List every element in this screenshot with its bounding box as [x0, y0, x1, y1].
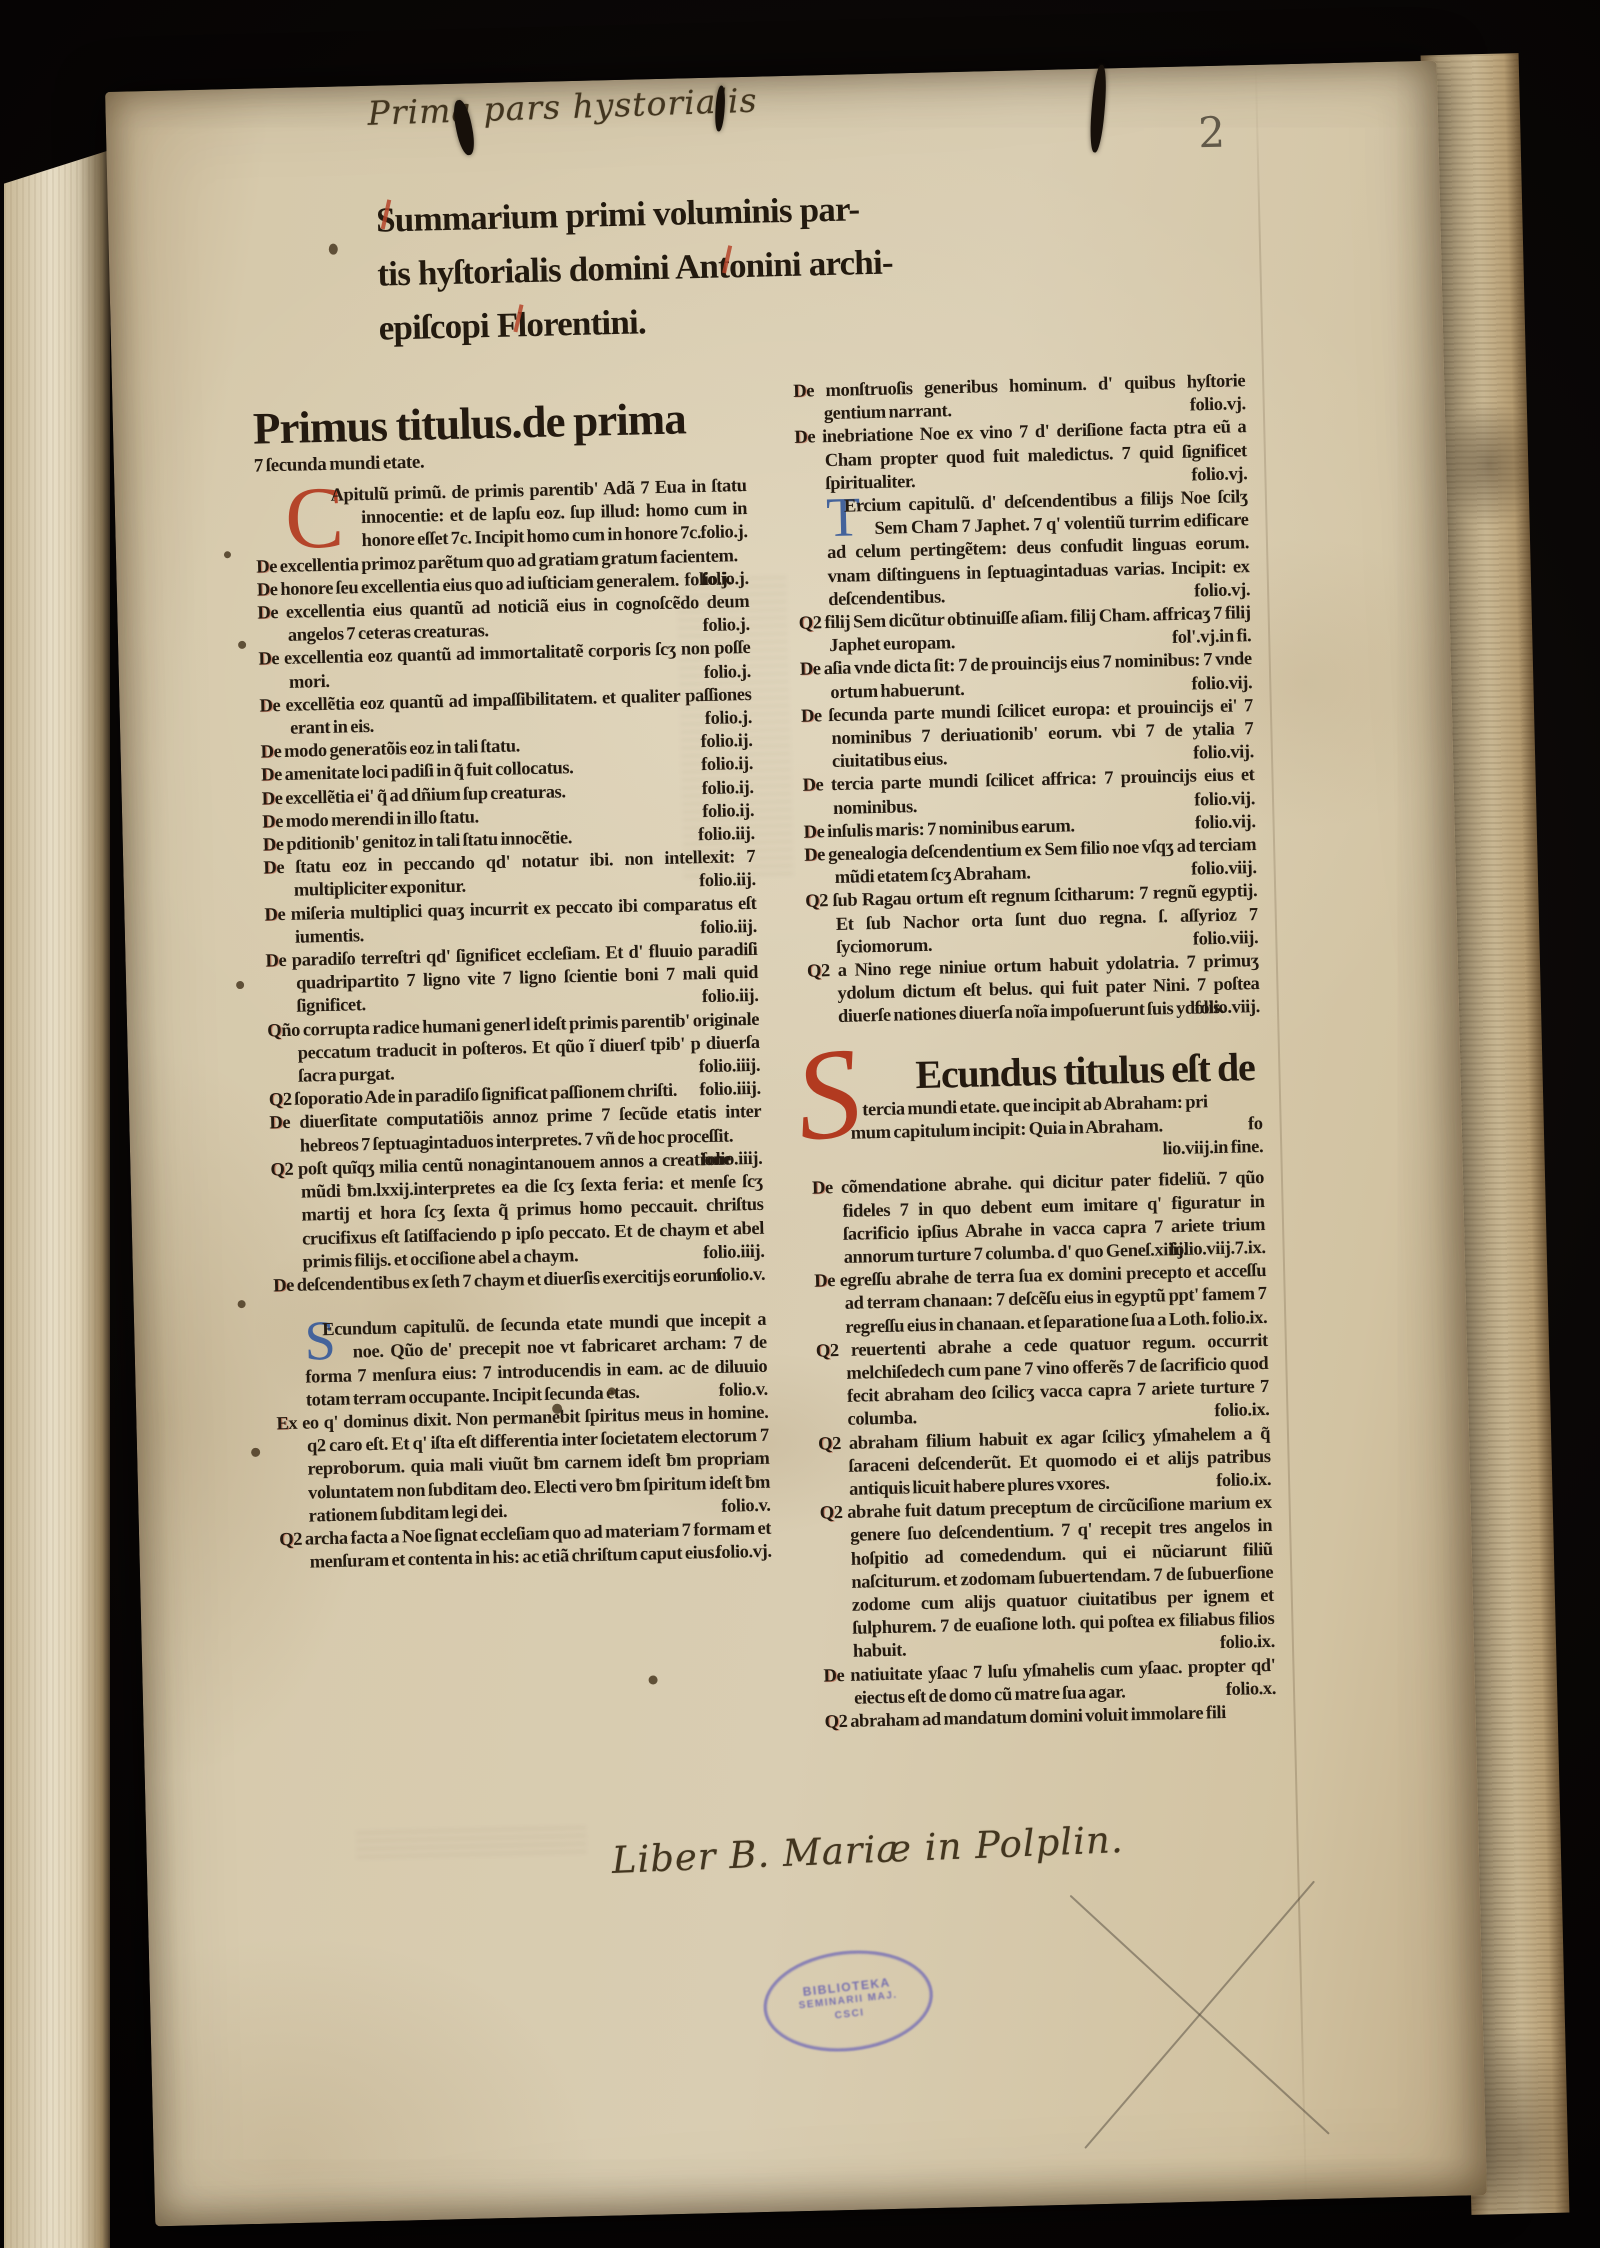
- folio-reference: folio.vj.: [1219, 393, 1246, 417]
- entry-text: Q2 ſub Ragau ortum eſt regnum ſcitharum:…: [805, 882, 1258, 958]
- right-column: De monſtruoſis generibus hominum. d' qui…: [793, 362, 1277, 1734]
- folio-reference: folio.v.: [748, 1378, 768, 1402]
- folio-reference: fol'.vj.in fi.: [1202, 625, 1252, 649]
- section2-heading-line: Ecundus titulus eſt de: [915, 1044, 1262, 1098]
- section1-heading: Primus titulus.de prima: [252, 393, 745, 453]
- folio-reference: folio.iij.: [732, 985, 759, 1009]
- entry-text: Q2 a Nino rege niniue ortum habuit ydola…: [807, 951, 1260, 1027]
- folio-reference: folio.iiij.: [731, 1148, 763, 1172]
- folio-reference: folio.iiij.: [729, 1078, 761, 1102]
- entry-text: De inebriatione Noe ex vino 7 d' deriſio…: [794, 418, 1247, 494]
- entry-text: De ſtatu eoz in peccando qd' notatur ibi…: [263, 847, 755, 901]
- folio-reference: folio.j.: [730, 521, 748, 545]
- entry-text: Ecundum capitulũ. de ſecunda etate mundi…: [305, 1310, 767, 1410]
- folio-reference: folio.viij.: [1224, 997, 1260, 1021]
- main-heading-line-3: epiſcopi Florentini.: [378, 289, 895, 355]
- entry-text: Q2 reuertenti abrahe a cede quatuor regu…: [816, 1331, 1269, 1431]
- margin-dot: [238, 641, 246, 649]
- stamp-text: CSCI: [834, 2006, 865, 2023]
- handwritten-title: Prima pars hystorialis: [367, 81, 758, 133]
- paper-tear: [1088, 64, 1108, 153]
- folio-reference: folio.vj.: [745, 1541, 772, 1565]
- main-heading: Summarium primi voluminis par- tis hyſto…: [376, 181, 895, 355]
- left-column: Primus titulus.de prima 7 ſecunda mundi …: [252, 393, 771, 1576]
- folio-reference: folio.vij.: [1224, 788, 1255, 812]
- entry-text: Ercium capitulũ. d' deſcendentibus a fil…: [827, 487, 1250, 610]
- folio-catchword: fo: [1248, 1113, 1263, 1137]
- margin-dot: [236, 981, 244, 989]
- toc-entry: SEcundum capitulũ. de ſecunda etate mund…: [274, 1309, 768, 1413]
- entry-text: Q2 abrahe fuit datum preceptum de circũc…: [819, 1493, 1274, 1662]
- entry-text: De ſecunda parte mundi ſcilicet europa: …: [801, 696, 1254, 772]
- toc-entry: Q2 abrahe fuit datum preceptum de circũc…: [819, 1492, 1275, 1665]
- ink-offset-smudge: [356, 1826, 587, 1859]
- entry-text: De natiuitate yſaac 7 luſu yſmahelis cum…: [823, 1655, 1275, 1708]
- entry-text: De paradiſo terreſtri qd' ſignificet ecc…: [265, 940, 758, 1017]
- toc-entry: Q2 a Nino rege niniue ortum habuit ydola…: [807, 950, 1261, 1030]
- toc-entry: De inebriatione Noe ex vino 7 d' deriſio…: [794, 417, 1248, 497]
- folio-reference: folio.ix.: [1250, 1631, 1276, 1655]
- entry-text: Q2 abraham filium habuit ex agar ſcilicʒ…: [818, 1423, 1271, 1499]
- folio-reference: folio.ix.: [1244, 1399, 1270, 1423]
- toc-entry: De cõmendatione abrahe. qui dicitur pate…: [812, 1167, 1266, 1270]
- folio-reference: folio.ix.: [1246, 1469, 1272, 1493]
- ink-speck: [648, 1675, 657, 1684]
- folio-reference: folio.vij.: [1223, 741, 1254, 765]
- ownership-inscription: Liber B. Mariæ in Polplin.: [611, 1818, 1124, 1882]
- folio-reference: folio.vij.: [1221, 672, 1252, 696]
- entry-text: De egreſſu abrahe de terra ſua ex domini…: [814, 1261, 1267, 1337]
- folio-reference: folio.v.: [746, 1264, 766, 1288]
- ink-offset-smudge: [677, 576, 794, 879]
- entry-text: Apitulũ primũ. de primis parentib' Adã 7…: [330, 476, 747, 551]
- entry-text: De monſtruoſis generibus hominum. d' qui…: [793, 371, 1245, 424]
- ink-speck: [329, 244, 338, 255]
- folio-reference: folio.v.: [751, 1494, 771, 1518]
- right-column-entries-lower: De cõmendatione abrahe. qui dicitur pate…: [812, 1167, 1277, 1734]
- rubricated-initial-S: S: [788, 1026, 867, 1161]
- toc-entry: TErcium capitulũ. d' deſcendentibus a fi…: [796, 486, 1251, 613]
- margin-dot: [251, 1448, 260, 1457]
- folio-reference: folio.ix.: [1242, 1306, 1268, 1330]
- folio-reference: folio.iiij.: [729, 1055, 761, 1079]
- folio-reference: folio.viij.7.ix.: [1199, 1237, 1266, 1262]
- entry-text: De excellẽtia eoz quantũ ad impaſſibilit…: [259, 685, 751, 739]
- folio-reference: folio.vij.: [1225, 811, 1256, 835]
- handwritten-page-number: 2: [1198, 108, 1226, 158]
- entry-text: Q2 archa facta a Noe ſignat eccleſiam qu…: [279, 1519, 771, 1573]
- margin-dot: [224, 551, 231, 558]
- folio-reference: folio.iij.: [730, 916, 757, 940]
- entry-text: De aſia vnde dicta ſit: 7 de prouincijs …: [800, 650, 1252, 703]
- toc-entry: CApitulũ primũ. de primis parentib' Adã …: [254, 475, 748, 556]
- toc-entry: De ſecunda parte mundi ſcilicet europa: …: [801, 695, 1255, 775]
- toc-entry: Q2 ſub Ragau ortum eſt regnum ſcitharum:…: [805, 881, 1259, 961]
- folio-reference: folio.iiij.: [733, 1240, 765, 1264]
- library-stamp: BIBLIOTEKA SEMINARII MAJ. CSCI: [758, 1942, 938, 2060]
- adjacent-page-edge: [4, 150, 110, 2248]
- toc-entry: Q2 reuertenti abrahe a cede quatuor regu…: [816, 1330, 1270, 1433]
- toc-entry: Ex eo q' dominus dixit. Non permanebit ſ…: [276, 1402, 771, 1530]
- entry-text: De tercia parte mundi ſcilicet affrica: …: [802, 766, 1254, 819]
- section2-heading: S Ecundus titulus eſt de tercia mundi et…: [809, 1044, 1264, 1170]
- entry-text: De diuerſitate computatiõis annoz prime …: [269, 1102, 761, 1156]
- toc-entry: Q2 poſt quĩqʒ milia centũ nonagintanouem…: [270, 1148, 765, 1276]
- folio-reference: folio.vj.: [1224, 579, 1251, 603]
- entry-text: Q2 poſt quĩqʒ milia centũ nonagintanouem…: [270, 1149, 764, 1272]
- entry-text: Qño corrupta radice humani generl ideſt …: [267, 1010, 760, 1087]
- toc-entry: De egreſſu abrahe de terra ſua ex domini…: [814, 1260, 1268, 1340]
- folio-reference: folio.viij.: [1223, 927, 1259, 951]
- right-column-entries-upper: De monſtruoſis generibus hominum. d' qui…: [793, 370, 1260, 1030]
- folio-reference: folio.viij.: [1221, 857, 1257, 881]
- folio-reference: folio.vj.: [1221, 463, 1248, 487]
- toc-entry: De paradiſo terreſtri qd' ſignificet ecc…: [265, 939, 759, 1020]
- entry-text: De excellentia eius quantũ ad noticiã ei…: [257, 592, 749, 646]
- toc-entry: Q2 abraham filium habuit ex agar ſcilicʒ…: [818, 1422, 1272, 1502]
- entry-text: De excellentia eoz quantũ ad immortalita…: [258, 638, 750, 692]
- entry-text: De genealogia deſcendentium ex Sem filio…: [804, 835, 1256, 888]
- toc-entry: Qño corrupta radice humani generl ideſt …: [267, 1009, 761, 1090]
- folio-reference: folio.x.: [1255, 1678, 1276, 1702]
- entry-text: De modo merendi in illo ſtatu.: [262, 807, 479, 832]
- pencil-x-mark: [1084, 1881, 1315, 2149]
- book-photograph: { "page": { "handwritten_title": "Prima …: [0, 0, 1600, 2248]
- book-page: Prima pars hystorialis 2 Summarium primi…: [105, 61, 1487, 2227]
- margin-dot: [238, 1300, 246, 1308]
- entry-text: Ex eo q' dominus dixit. Non permanebit ſ…: [276, 1403, 770, 1527]
